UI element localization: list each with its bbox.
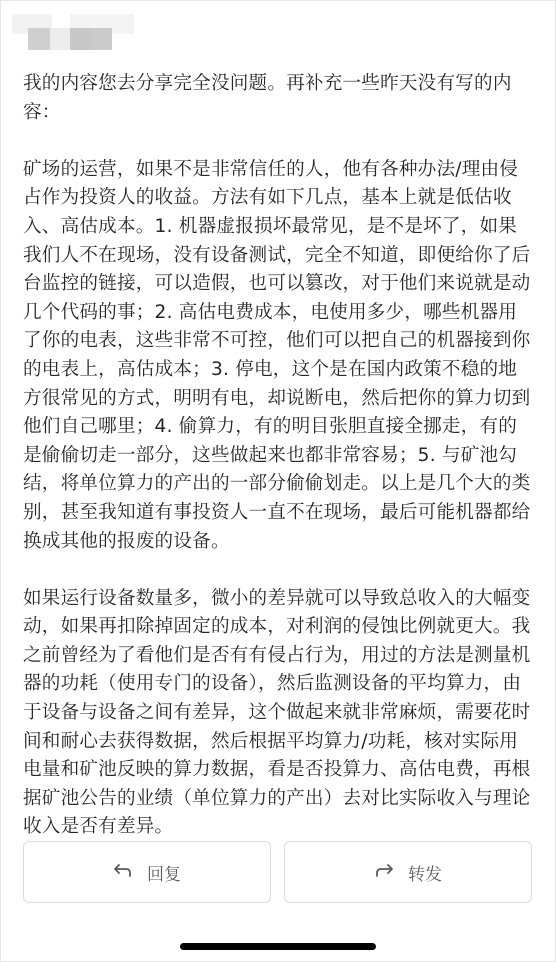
sender-name-blurred xyxy=(12,14,134,60)
home-indicator[interactable] xyxy=(180,943,376,950)
reply-arrow-icon xyxy=(113,862,133,883)
message-body: 我的内容您去分享完全没问题。再补充一些昨天没有写的内容： 矿场的运营，如果不是非… xyxy=(23,70,535,871)
forward-label: 转发 xyxy=(408,860,442,885)
forward-button[interactable]: 转发 xyxy=(284,841,532,903)
reply-button[interactable]: 回复 xyxy=(23,841,271,903)
action-bar: 回复 转发 xyxy=(23,841,532,903)
message-paragraph: 我的内容您去分享完全没问题。再补充一些昨天没有写的内容： xyxy=(23,70,535,127)
message-paragraph: 如果运行设备数量多，微小的差异就可以导致总收入的大幅变动，如果再扣除掉固定的成本… xyxy=(23,585,535,842)
forward-arrow-icon xyxy=(374,862,394,883)
message-paragraph: 矿场的运营，如果不是非常信任的人，他有各种办法/理由侵占作为投资人的收益。方法有… xyxy=(23,156,535,556)
reply-label: 回复 xyxy=(147,860,181,885)
